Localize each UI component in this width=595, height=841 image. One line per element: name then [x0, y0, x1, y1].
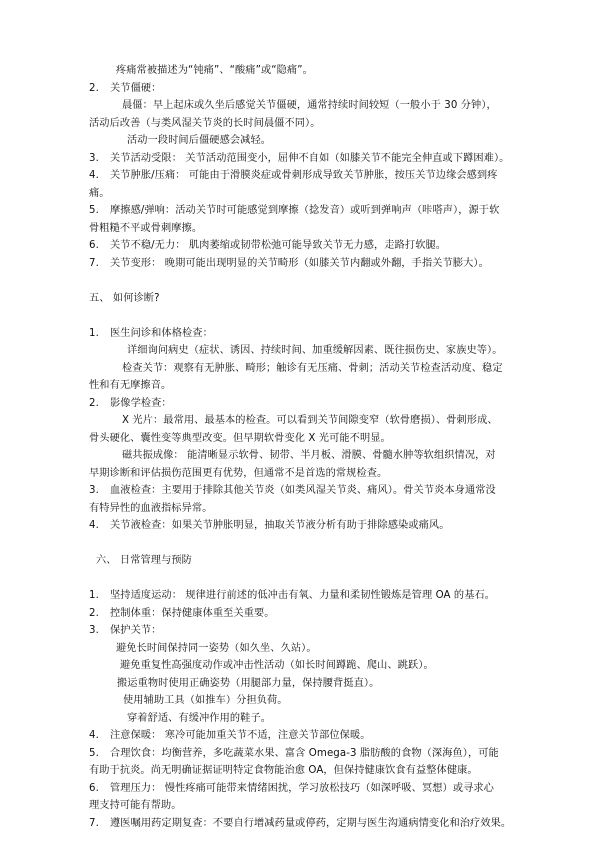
list-number: 3. [89, 625, 99, 637]
list-number: 4. [89, 520, 99, 532]
line-text: 控制体重：保持健康体重至关重要。 [110, 608, 275, 620]
line-text: 有特异性的血液指标异常。 [89, 503, 212, 515]
line-text: 关节不稳/无力： 肌肉萎缩或韧带松弛可能导致关节无力感，走路打软腿。 [110, 240, 446, 252]
list-number: 2. [89, 398, 99, 410]
line-text: 管理压力： 慢性疼痛可能带来情绪困扰，学习放松技巧（如深呼吸、冥想）或寻求心 [110, 783, 494, 795]
line-text: 使用辅助工具（如推车）分担负荷。 [123, 695, 288, 707]
list-number: 6. [89, 783, 99, 795]
list-number: 6. [89, 240, 99, 252]
line-text: 磁共振成像： 能清晰显示软骨、韧带、半月板、滑膜、骨髓水肿等软组织情况，对 [122, 450, 496, 462]
line-text: 关节活动受限： 关节活动范围变小，屈伸不自如（如膝关节不能完全伸直或下蹲困难）。 [110, 153, 509, 165]
line-text: 有助于抗炎。尚无明确证据证明特定食物能治愈 OA，但保持健康饮食有益整体健康。 [89, 765, 478, 777]
list-number: 1. [89, 328, 99, 340]
list-number: 3. [89, 485, 99, 497]
line-text: 关节肿胀/压痛： 可能由于滑膜炎症或骨刺形成导致关节肿胀，按压关节边缘会感到疼 [110, 170, 498, 182]
list-number: 1. [89, 590, 99, 602]
line-text: 摩擦感/弹响：活动关节时可能感觉到摩擦（捻发音）或听到弹响声（咔嗒声），源于软 [110, 205, 499, 217]
list-number: 5. [89, 748, 99, 760]
line-text: 医生问诊和体格检查： [110, 328, 213, 340]
line-text: 痛。 [89, 188, 110, 200]
list-number: 2. [89, 83, 99, 95]
line-text: 检查关节：观察有无肿胀、畸形；触诊有无压痛、骨刺；活动关节检查活动度、稳定 [122, 363, 503, 375]
line-text: 骨头硬化、囊性变等典型改变。但早期软骨变化 X 光可能不明显。 [89, 433, 391, 445]
line-text: 活动后改善（与类风湿关节炎的长时间晨僵不同）。 [89, 118, 321, 130]
line-text: 关节僵硬： [110, 83, 161, 95]
line-text: 性和有无摩擦音。 [89, 380, 171, 392]
line-text: 疼痛常被描述为“钝痛”、“酸痛”或“隐痛”。 [116, 65, 313, 77]
line-text: 理支持可能有帮助。 [89, 800, 182, 812]
line-text: X 光片：最常用、最基本的检查。可以看到关节间隙变窄（软骨磨损）、骨刺形成、 [122, 415, 498, 427]
line-text: 骨粗糙不平或骨刺摩擦。 [89, 223, 202, 235]
line-text: 详细询问病史（症状、诱因、持续时间、加重缓解因素、既往损伤史、家族史等）。 [127, 345, 503, 357]
line-text: 关节液检查：如果关节肿胀明显，抽取关节液分析有助于排除感染或痛风。 [110, 520, 449, 532]
line-text: 早期诊断和评估损伤范围更有优势，但通常不是首选的常规检查。 [89, 468, 387, 480]
line-text: 关节变形： 晚期可能出现明显的关节畸形（如膝关节内翻或外翻，手指关节膨大）。 [110, 258, 489, 270]
line-text: 注意保暖： 寒冷可能加重关节不适，注意关节部位保暖。 [110, 730, 371, 742]
line-text: 遵医嘱用药定期复查：不要自行增减药量或停药，定期与医生沟通病情变化和治疗效果。 [110, 818, 511, 830]
line-text: 影像学检查： [110, 398, 172, 410]
line-text: 血液检查：主要用于排除其他关节炎（如类风湿关节炎、痛风）。骨关节炎本身通常没 [110, 485, 496, 497]
line-text: 坚持适度运动： 规律进行前述的低冲击有氧、力量和柔韧性锻炼是管理 OA 的基石。 [110, 590, 495, 602]
line-text: 穿着舒适、有缓冲作用的鞋子。 [127, 713, 271, 725]
list-number: 3. [89, 153, 99, 165]
list-number: 5. [89, 205, 99, 217]
line-text: 活动一段时间后僵硬感会减轻。 [127, 135, 271, 147]
list-number: 7. [89, 818, 99, 830]
list-number: 4. [89, 170, 99, 182]
line-text: 搬运重物时使用正确姿势（用腿部力量，保持腰背挺直）。 [117, 678, 379, 690]
list-number: 4. [89, 730, 99, 742]
line-text: 避免长时间保持同一姿势（如久坐、久站）。 [116, 643, 317, 655]
line-text: 五、 如何诊断? [89, 293, 160, 305]
line-text: 六、 日常管理与预防 [96, 555, 192, 567]
line-text: 保护关节： [110, 625, 161, 637]
line-text: 避免重复性高强度动作或冲击性活动（如长时间蹲跪、爬山、跳跃）。 [120, 660, 434, 672]
list-number: 2. [89, 608, 99, 620]
list-number: 7. [89, 258, 99, 270]
line-text: 晨僵：早上起床或久坐后感觉关节僵硬，通常持续时间较短（一般小于 30 分钟）， [122, 100, 497, 112]
line-text: 合理饮食：均衡营养，多吃蔬菜水果、富含 Omega-3 脂肪酸的食物（深海鱼），… [110, 748, 499, 760]
